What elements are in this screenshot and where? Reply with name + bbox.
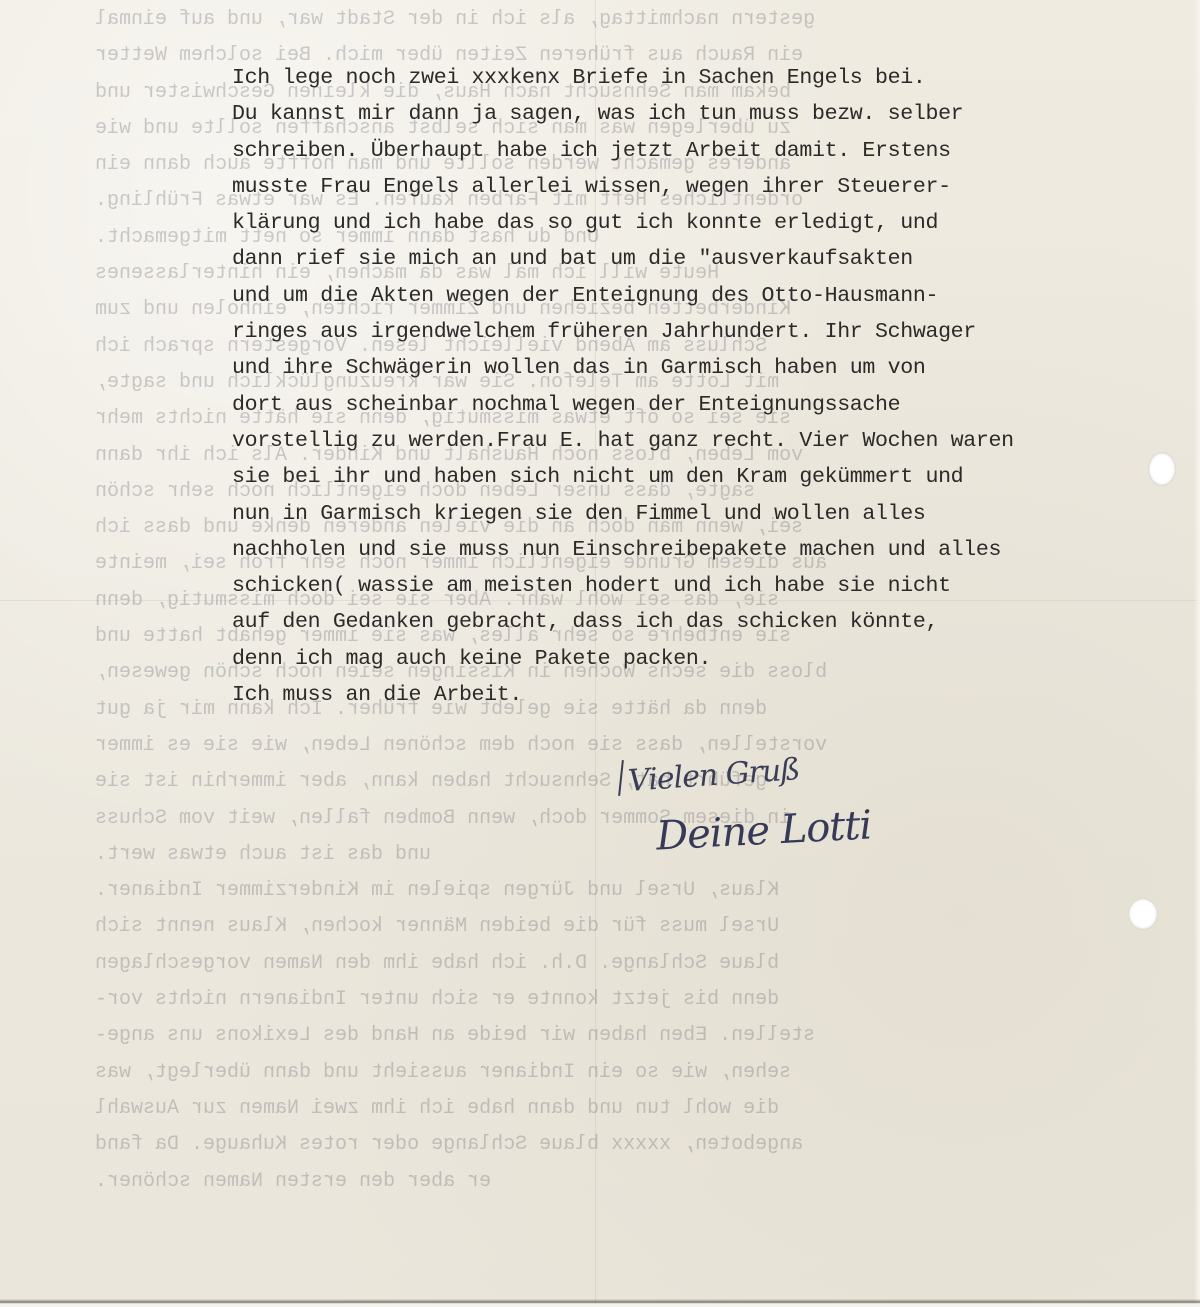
letter-line: ringes aus irgendwelchem früheren Jahrhu…	[232, 314, 1172, 350]
letter-line: sie bei ihr und haben sich nicht um den …	[232, 459, 1172, 495]
letter-line: dort aus scheinbar nochmal wegen der Ent…	[232, 387, 1172, 423]
letter-line: schreiben. Überhaupt habe ich jetzt Arbe…	[232, 133, 1172, 169]
bleed-through-line: stellen. Eben haben wir beide an Hand de…	[95, 1018, 1175, 1054]
bleed-through-line: die wohl tun und dann habe ich ihm zwei …	[95, 1091, 1175, 1127]
bleed-through-line: und das ist auch etwas wert.	[95, 837, 1175, 873]
bleed-through-line: vorstellen, dass sie noch dem schönen Le…	[95, 728, 1175, 764]
bleed-through-line: gestern nachmittag, als ich in der Stadt…	[95, 2, 1175, 38]
paper-right-edge	[1194, 0, 1200, 1307]
letter-line: Ich muss an die Arbeit.	[232, 677, 1172, 713]
bleed-through-line: blaue Schlange. D.h. ich habe ihm den Na…	[95, 946, 1175, 982]
punch-hole-lower	[1128, 898, 1158, 930]
bleed-through-line: in diesem Sommer doch, wenn Bomben falle…	[95, 801, 1175, 837]
letter-line: klärung und ich habe das so gut ich konn…	[232, 205, 1172, 241]
letter-line: Ich lege noch zwei xxxkenx Briefe in Sac…	[232, 60, 1172, 96]
letter-line: dann rief sie mich an und bat um die "au…	[232, 241, 1172, 277]
letter-line: nachholen und sie muss nun Einschreibepa…	[232, 532, 1172, 568]
letter-line: auf den Gedanken gebracht, dass ich das …	[232, 604, 1172, 640]
paper-bottom-edge	[0, 1299, 1200, 1307]
bleed-through-line: sehen, wie so ein Indianer aussieht und …	[95, 1055, 1175, 1091]
letter-line: und um die Akten wegen der Enteignung de…	[232, 278, 1172, 314]
letter-line: und ihre Schwägerin wollen das in Garmis…	[232, 350, 1172, 386]
letter-line: musste Frau Engels allerlei wissen, wege…	[232, 169, 1172, 205]
letter-line: Du kannst mir dann ja sagen, was ich tun…	[232, 96, 1172, 132]
punch-hole-upper	[1148, 452, 1176, 486]
letter-line: schicken( wassie am meisten hodert und i…	[232, 568, 1172, 604]
letter-body: Ich lege noch zwei xxxkenx Briefe in Sac…	[232, 60, 1172, 713]
bleed-through-line: er aber den ersten Namen schöner.	[95, 1164, 1175, 1200]
letter-line: nun in Garmisch kriegen sie den Fimmel u…	[232, 496, 1172, 532]
bleed-through-line: Klaus, Ursel und Jürgen spielen im Kinde…	[95, 873, 1175, 909]
bleed-through-line: Ursel muss für die beiden Männer kochen,…	[95, 909, 1175, 945]
bleed-through-line: denn bis jetzt konnte er sich unter Indi…	[95, 982, 1175, 1018]
bleed-through-line: angeboten, xxxxx blaue Schlange oder rot…	[95, 1127, 1175, 1163]
letter-line: vorstellig zu werden.Frau E. hat ganz re…	[232, 423, 1172, 459]
letter-line: denn ich mag auch keine Pakete packen.	[232, 641, 1172, 677]
